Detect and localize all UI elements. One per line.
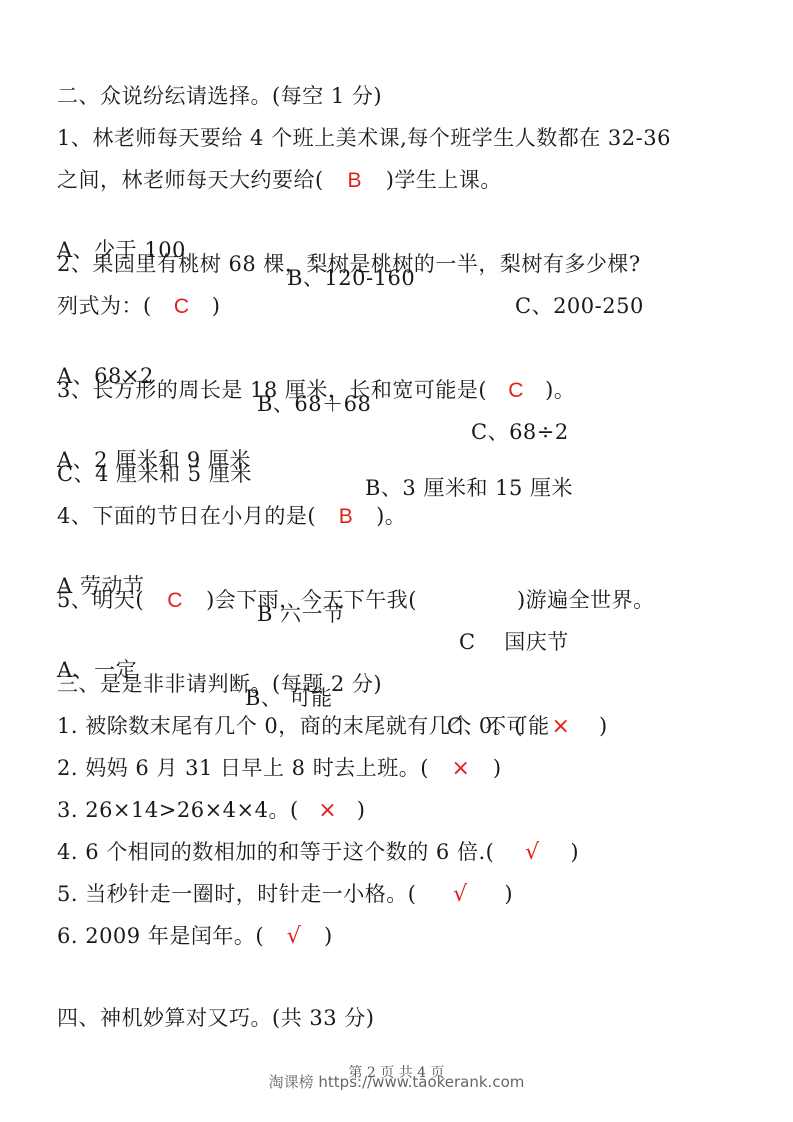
q2-answer: C bbox=[152, 293, 212, 321]
q2-option-c: C、68÷2 bbox=[471, 418, 569, 446]
q4-line: 4、下面的节日在小月的是(B)。 bbox=[57, 502, 406, 531]
q2-line2: 列式为：(C) bbox=[57, 292, 220, 321]
q4-text-post: )。 bbox=[376, 504, 406, 528]
judge-item-3-close: ) bbox=[357, 798, 366, 822]
judge-item-4-close: ) bbox=[570, 840, 579, 864]
judge-item-1-text: 1. 被除数末尾有几个 0，商的末尾就有几个 0。( bbox=[57, 714, 523, 738]
judge-item-5: 5. 当秒针走一圈时，时针走一小格。(√) bbox=[57, 880, 513, 909]
q5-line: 5、明天(C)会下雨，今天下午我()游遍全世界。 bbox=[57, 586, 655, 615]
q3-answer: C bbox=[487, 377, 545, 405]
q1-text-post: )学生上课。 bbox=[386, 168, 502, 192]
q2-text-pre: 列式为：( bbox=[57, 294, 152, 318]
cross-mark-icon: × bbox=[523, 713, 599, 741]
judge-item-2-text: 2. 妈妈 6 月 31 日早上 8 时去上班。( bbox=[57, 756, 429, 780]
q4-text-pre: 4、下面的节日在小月的是( bbox=[57, 504, 316, 528]
q3-option-c: C、4 厘米和 5 厘米 bbox=[57, 460, 252, 488]
q1-text-pre: 之间，林老师每天大约要给( bbox=[57, 168, 324, 192]
cross-mark-icon: × bbox=[429, 755, 493, 783]
watermark: 淘课榜 https://www.taokerank.com bbox=[0, 1071, 793, 1092]
q5-text-pre: 5、明天( bbox=[57, 588, 144, 612]
q2-line1: 2、果园里有桃树 68 棵，梨树是桃树的一半，梨树有多少棵? bbox=[57, 250, 641, 278]
judge-item-1-close: ) bbox=[599, 714, 608, 738]
q5-text-mid: )会下雨，今天下午我( bbox=[206, 588, 417, 612]
q3-option-b: B、3 厘米和 15 厘米 bbox=[365, 474, 573, 502]
q4-option-c: C 国庆节 bbox=[459, 628, 569, 656]
q5-text-post: )游遍全世界。 bbox=[517, 588, 655, 612]
judge-item-5-close: ) bbox=[504, 882, 513, 906]
judge-item-6: 6. 2009 年是闰年。(√) bbox=[57, 922, 333, 951]
check-mark-icon: √ bbox=[494, 839, 570, 867]
judge-item-2-close: ) bbox=[493, 756, 502, 780]
section-3-title: 三、是是非非请判断。(每题 2 分) bbox=[57, 670, 382, 698]
cross-mark-icon: × bbox=[299, 797, 357, 825]
q3-text-pre: 3、长方形的周长是 18 厘米，长和宽可能是( bbox=[57, 378, 487, 402]
judge-item-4-text: 4. 6 个相同的数相加的和等于这个数的 6 倍.( bbox=[57, 840, 494, 864]
judge-item-1: 1. 被除数末尾有几个 0，商的末尾就有几个 0。(×) bbox=[57, 712, 608, 741]
q1-line2: 之间，林老师每天大约要给(B)学生上课。 bbox=[57, 166, 502, 195]
q5-answer-1: C bbox=[144, 587, 206, 615]
check-mark-icon: √ bbox=[416, 881, 504, 909]
section-2-title: 二、众说纷纭请选择。(每空 1 分) bbox=[57, 82, 382, 110]
judge-item-6-text: 6. 2009 年是闰年。( bbox=[57, 924, 264, 948]
section-4-title: 四、神机妙算对又巧。(共 33 分) bbox=[57, 1004, 374, 1032]
q4-answer: B bbox=[316, 503, 376, 531]
judge-item-3-text: 3. 26×14>26×4×4。( bbox=[57, 798, 299, 822]
judge-item-6-close: ) bbox=[324, 924, 333, 948]
q1-option-c: C、200-250 bbox=[515, 292, 644, 320]
q1-answer: B bbox=[324, 167, 386, 195]
check-mark-icon: √ bbox=[264, 923, 324, 951]
judge-item-2: 2. 妈妈 6 月 31 日早上 8 时去上班。(×) bbox=[57, 754, 502, 783]
judge-item-4: 4. 6 个相同的数相加的和等于这个数的 6 倍.(√) bbox=[57, 838, 579, 867]
q2-text-post: ) bbox=[212, 294, 221, 318]
judge-item-3: 3. 26×14>26×4×4。(×) bbox=[57, 796, 365, 825]
q3-line: 3、长方形的周长是 18 厘米，长和宽可能是(C)。 bbox=[57, 376, 575, 405]
judge-item-5-text: 5. 当秒针走一圈时，时针走一小格。( bbox=[57, 882, 416, 906]
q1-line1: 1、林老师每天要给 4 个班上美术课,每个班学生人数都在 32-36 bbox=[57, 124, 671, 152]
q3-text-post: )。 bbox=[545, 378, 575, 402]
